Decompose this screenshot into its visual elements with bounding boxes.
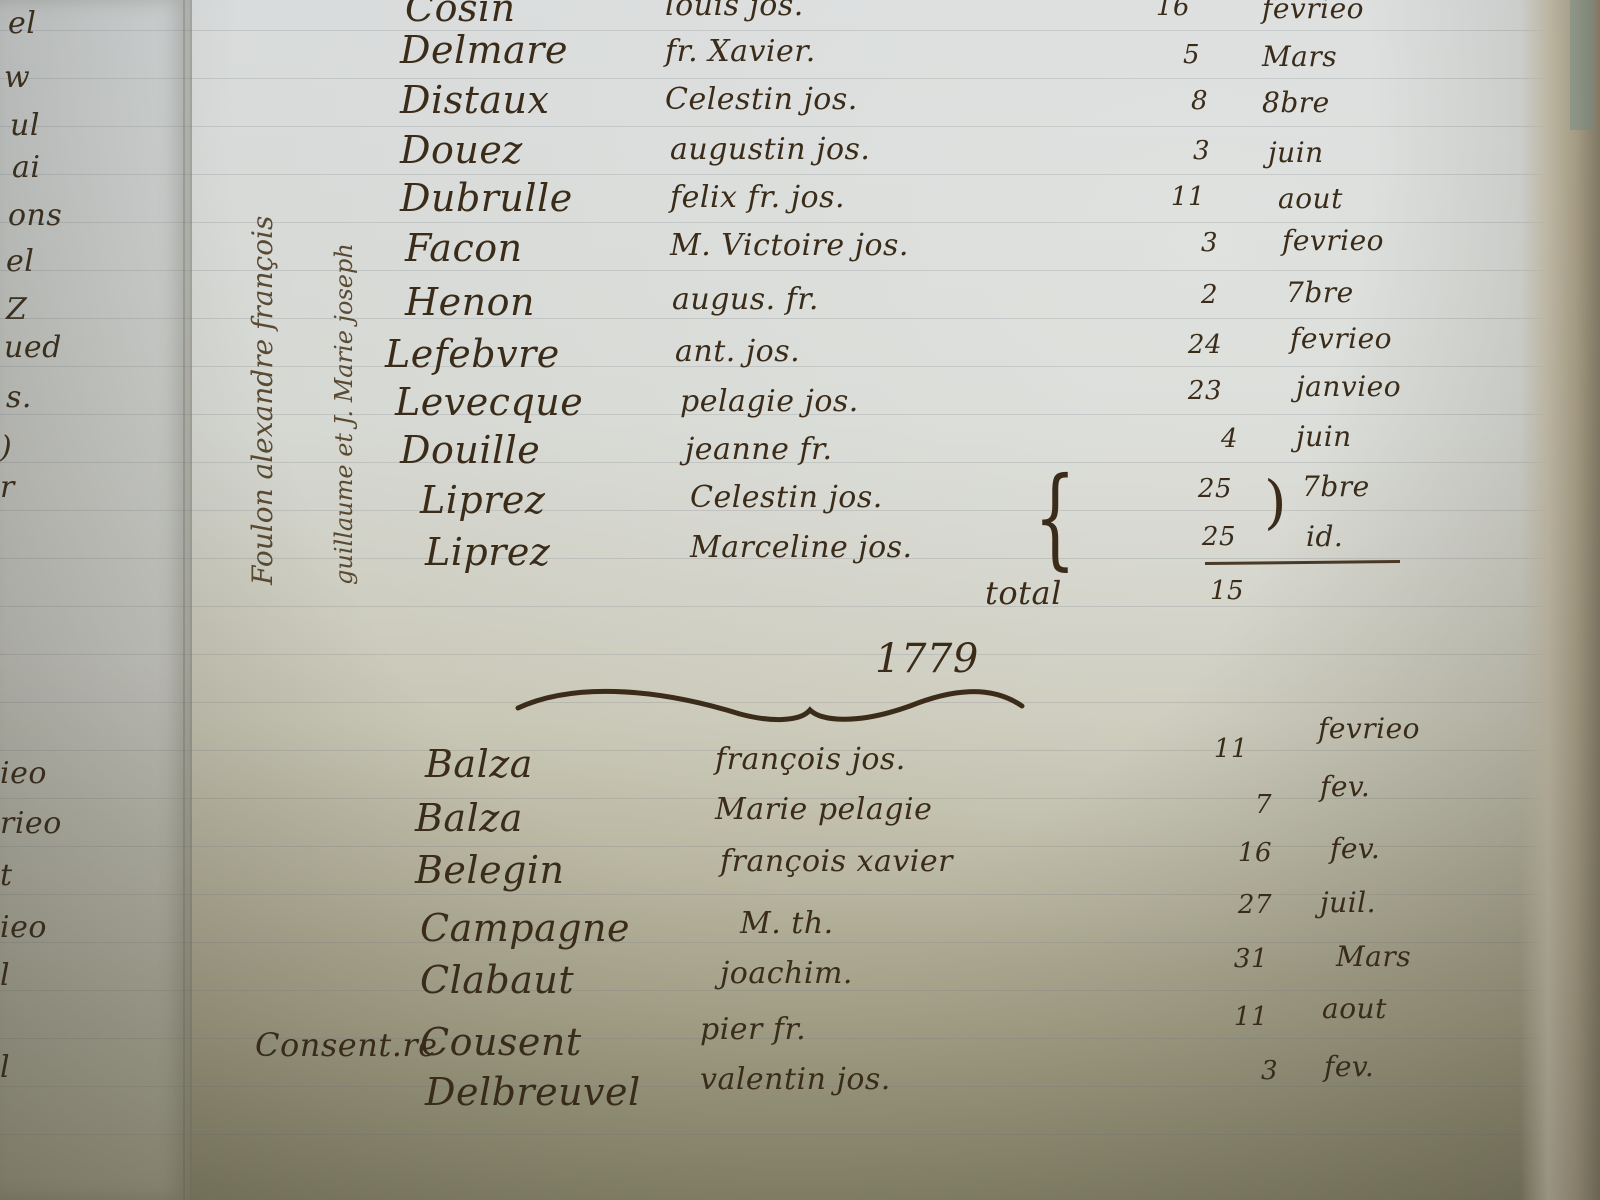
brace-mark: { [1034,462,1076,572]
entry-day: 16 [1212,838,1272,868]
entry-month: fevrieo [1318,712,1420,745]
torn-page-edge [1520,0,1600,1200]
entry-day: 3 [1150,136,1210,166]
entry-surname: Liprez [425,530,550,574]
bracket-mark: ) [1264,468,1287,536]
entry-day: 23 [1162,376,1222,406]
entry-month: aout [1322,992,1387,1025]
entry-month: juil. [1320,886,1376,919]
entry-surname: Belegin [415,848,565,892]
entry-surname: Dubrulle [400,176,573,220]
entry-month: aout [1278,182,1343,215]
entry-month: 8bre [1262,86,1330,119]
margin-note-line-2: guillaume et J. Marie joseph [330,243,358,585]
entry-given-names: felix fr. jos. [670,180,845,215]
left-fragment: l [0,958,10,993]
entry-surname: Liprez [420,478,545,522]
entry-given-names: Marie pelagie [715,792,932,827]
entry-day: 16 [1130,0,1190,22]
entry-given-names: M. th. [740,906,834,941]
entry-surname: Cousent [420,1020,582,1064]
entry-given-names: pelagie jos. [680,384,859,419]
entry-month: juin [1268,136,1324,169]
entry-given-names: françois xavier [720,844,953,879]
left-fragment: ieo [0,756,47,791]
entry-given-names: louis jos. [665,0,804,23]
left-fragment: s. [6,380,32,415]
entry-surname: Balza [425,742,533,786]
entry-month: janvieo [1296,370,1401,403]
left-fragment: l [0,1050,10,1085]
entry-given-names: Celestin jos. [690,480,883,515]
entry-surname: Distaux [400,78,549,122]
entry-day: 3 [1158,228,1218,258]
entry-surname: Lefebvre [385,332,560,376]
entry-given-names: fr. Xavier. [665,34,816,69]
entry-day: 7 [1212,790,1272,820]
left-fragment: ) [0,430,12,465]
left-fragment: ons [8,198,62,233]
entry-surname: Levecque [395,380,583,424]
entry-month: id. [1306,520,1343,553]
left-fragment: t [0,858,13,893]
entry-surname: Facon [405,226,523,270]
entry-month: 7bre [1286,276,1354,309]
left-facing-page: el w ul ai ons el Z ued s. ) r ieo rieo … [0,0,192,1200]
tear-gap [1570,0,1594,130]
left-fragment: ued [4,330,62,365]
entry-day: 25 [1172,474,1232,504]
total-underline [1205,560,1400,565]
entry-given-names: ant. jos. [675,334,800,369]
entry-surname: Delbreuvel [425,1070,641,1114]
entry-surname: Balza [415,796,523,840]
left-fragment: ul [10,108,40,143]
entry-day: 11 [1208,1002,1268,1032]
left-fragment: ieo [0,910,47,945]
entry-month: Mars [1262,40,1337,73]
left-fragment: rieo [0,806,62,841]
entry-day: 4 [1178,424,1238,454]
left-fragment: el [6,244,34,279]
entry-day: 11 [1188,734,1248,764]
entry-month: 7bre [1302,470,1370,503]
entry-month: fevrieo [1262,0,1364,25]
entry-day: 31 [1208,944,1268,974]
entry-month: fev. [1320,770,1370,803]
entry-month: Mars [1336,940,1411,973]
left-fragment: r [0,470,15,505]
entry-day: 24 [1162,330,1222,360]
margin-note-line-1: Foulon alexandre françois [246,216,279,585]
register-page: el w ul ai ons el Z ued s. ) r ieo rieo … [0,0,1600,1200]
entry-given-names: Celestin jos. [665,82,858,117]
left-fragment: w [4,60,30,95]
entry-surname: Delmare [400,28,568,72]
entry-surname: Campagne [420,906,630,950]
left-fragment: el [8,6,36,41]
entry-day: 25 [1176,522,1236,552]
entry-month: fev. [1330,832,1380,865]
total-label: total [985,574,1062,612]
entry-surname: Douille [400,428,540,472]
entry-given-names: valentin jos. [700,1062,891,1097]
entry-surname: Clabaut [420,958,574,1002]
entry-day: 11 [1145,182,1205,212]
total-value: 15 [1210,576,1244,606]
entry-surname: Henon [405,280,535,324]
entry-day: 2 [1158,280,1218,310]
entry-month: juin [1296,420,1352,453]
entry-surname: Cosin [405,0,516,30]
left-fragment: Z [6,292,27,327]
entry-month: fev. [1324,1050,1374,1083]
entry-day: 3 [1218,1056,1278,1086]
entry-given-names: augus. fr. [672,282,819,317]
entry-given-names: pier fr. [700,1012,806,1047]
entry-surname: Douez [400,128,523,172]
left-fragment: ai [12,150,40,185]
entry-given-names: Marceline jos. [690,530,913,565]
margin-rule [183,0,185,1200]
entry-day: 8 [1148,86,1208,116]
entry-given-names: jeanne fr. [685,432,833,467]
entry-given-names: M. Victoire jos. [670,228,909,263]
entry-month: fevrieo [1290,322,1392,355]
entry-given-names: françois jos. [715,742,906,777]
entry-day: 5 [1140,40,1200,70]
entry-margin-prefix: Consent.re [255,1026,438,1064]
entry-day: 27 [1212,890,1272,920]
entry-given-names: joachim. [720,956,853,991]
entry-month: fevrieo [1282,224,1384,257]
flourish-divider [510,676,1030,736]
entry-given-names: augustin jos. [670,132,870,167]
